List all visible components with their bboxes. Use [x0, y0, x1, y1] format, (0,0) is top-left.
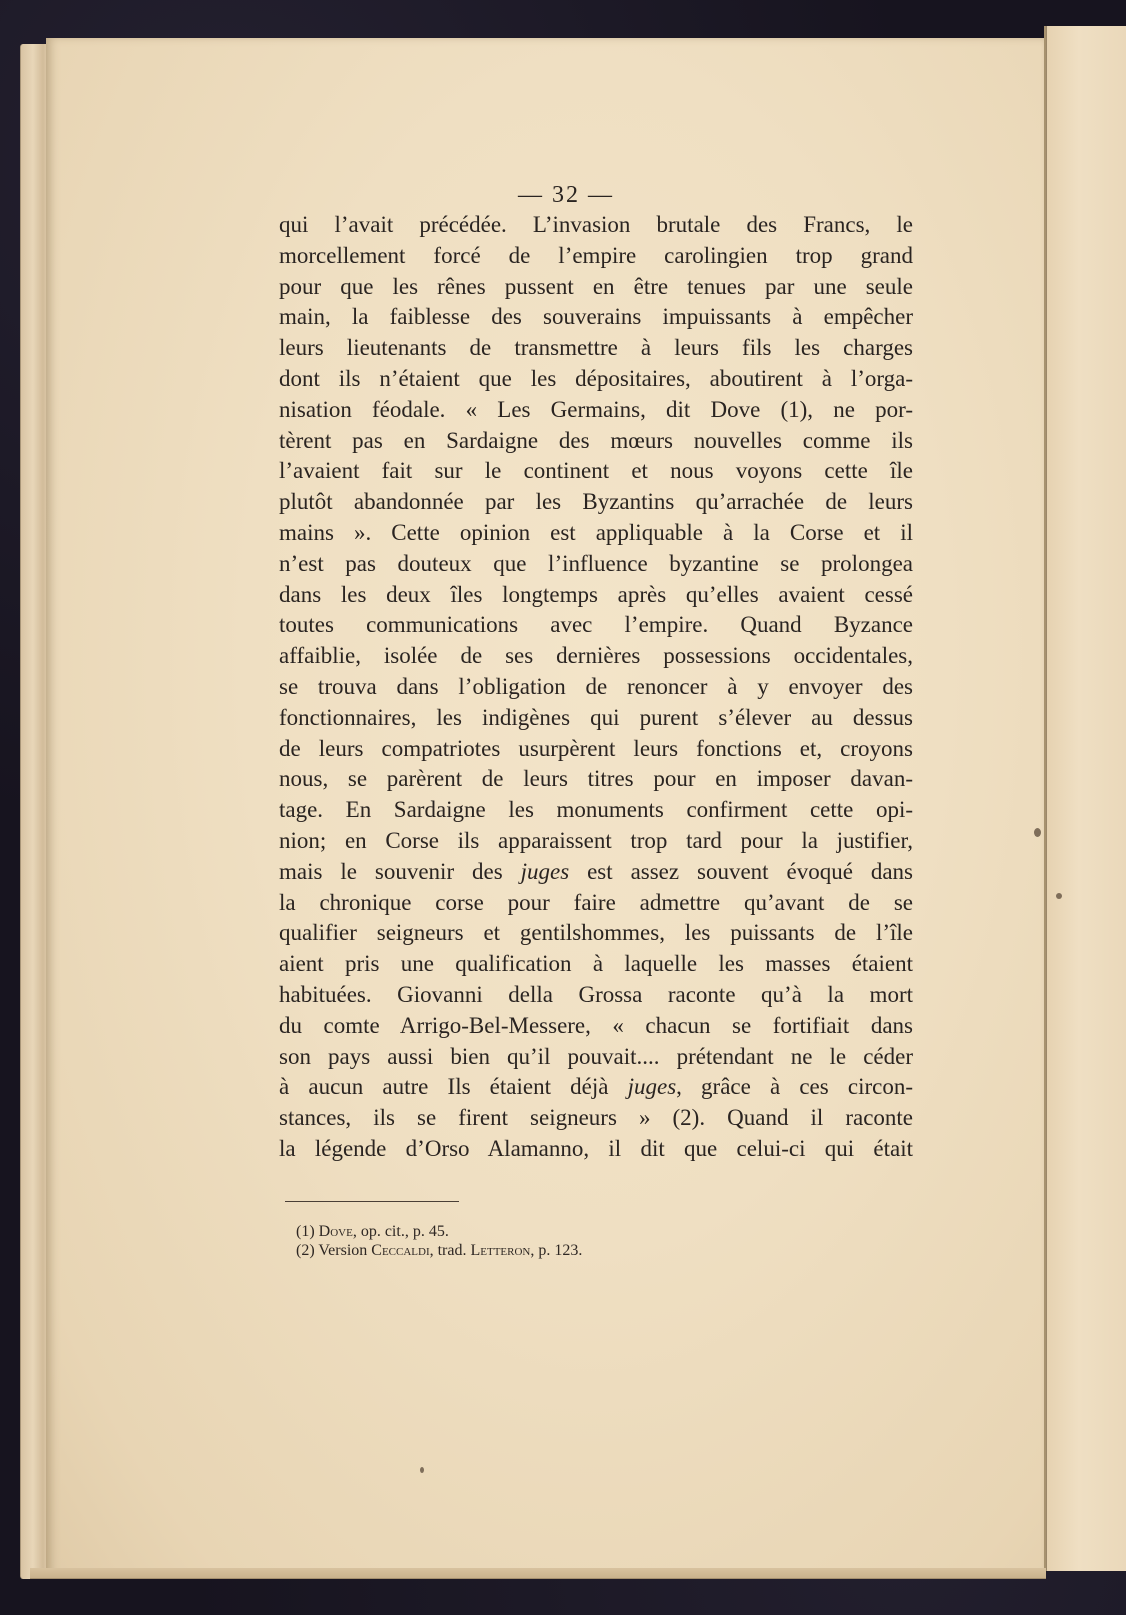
text-line: mains ». Cette opinion est appliquable à…	[279, 518, 913, 549]
text-line: la chronique corse pour faire admettre q…	[279, 888, 913, 919]
page-number: — 32 —	[219, 180, 913, 210]
footnote-text: Version	[318, 1242, 371, 1259]
footnote-1: (1) Dove, op. cit., p. 45.	[296, 1222, 582, 1241]
footnote-text: , p. 123.	[530, 1242, 582, 1259]
text-line: habituées. Giovanni della Grossa raconte…	[279, 980, 913, 1011]
text-line: toutes communications avec l’empire. Qua…	[279, 610, 913, 641]
text-line: main, la faiblesse des souverains impuis…	[279, 302, 913, 333]
page-bottom-edge	[30, 1568, 1046, 1579]
text-line: plutôt abandonnée par les Byzantins qu’a…	[279, 487, 913, 518]
italic-term: juges	[521, 859, 570, 884]
footnote-divider	[285, 1201, 459, 1202]
paper-blemish	[420, 1467, 424, 1473]
text-line: la légende d’Orso Alamanno, il dit que c…	[279, 1134, 913, 1165]
footnote-text: , trad.	[430, 1242, 471, 1259]
text-line: leurs lieutenants de transmettre à leurs…	[279, 333, 913, 364]
text-line: n’est pas douteux que l’influence byzant…	[279, 549, 913, 580]
footnote-marker: (2)	[296, 1242, 315, 1259]
text-line: morcellement forcé de l’empire carolingi…	[279, 241, 913, 272]
text-line: nion; en Corse ils apparaissent trop tar…	[279, 826, 913, 857]
text-line: qui l’avait précédée. L’invasion brutale…	[279, 210, 913, 241]
text-segment: , grâce à ces circon-	[676, 1074, 913, 1099]
text-line: dont ils n’étaient que les dépositaires,…	[279, 364, 913, 395]
text-line: dans les deux îles longtemps après qu’el…	[279, 580, 913, 611]
text-line: l’avaient fait sur le continent et nous …	[279, 456, 913, 487]
text-segment: est assez souvent évoqué dans	[569, 859, 913, 884]
paper-blemish	[1056, 893, 1062, 899]
italic-term: juges	[628, 1074, 677, 1099]
text-line: pour que les rênes pussent en être tenue…	[279, 272, 913, 303]
text-segment: à aucun autre Ils étaient déjà	[279, 1074, 628, 1099]
text-segment: mais le souvenir des	[279, 859, 521, 884]
footnote-2: (2) Version Ceccaldi, trad. Letteron, p.…	[296, 1241, 582, 1260]
text-line: qualifier seigneurs et gentilshommes, le…	[279, 918, 913, 949]
text-line: son pays aussi bien qu’il pouvait.... pr…	[279, 1042, 913, 1073]
paper-blemish	[1034, 828, 1041, 837]
footnote-marker: (1)	[296, 1223, 315, 1240]
text-line: stances, ils se firent seigneurs » (2). …	[279, 1103, 913, 1134]
text-line: nous, se parèrent de leurs titres pour e…	[279, 764, 913, 795]
gutter-fold	[1044, 26, 1046, 1576]
body-paragraph: qui l’avait précédée. L’invasion brutale…	[279, 210, 913, 1165]
text-line: fonctionnaires, les indigènes qui purent…	[279, 703, 913, 734]
text-line: du comte Arrigo-Bel-Messere, « chacun se…	[279, 1011, 913, 1042]
text-line: tèrent pas en Sardaigne des mœurs nouvel…	[279, 426, 913, 457]
text-line: se trouva dans l’obligation de renoncer …	[279, 672, 913, 703]
text-line: à aucun autre Ils étaient déjà juges, gr…	[279, 1072, 913, 1103]
text-line: nisation féodale. « Les Germains, dit Do…	[279, 395, 913, 426]
text-line: affaiblie, isolée de ses dernières posse…	[279, 641, 913, 672]
facing-page	[1046, 26, 1126, 1571]
page-text-block: — 32 — qui l’avait précédée. L’invasion …	[279, 180, 913, 1165]
footnote-author: Dove	[319, 1223, 353, 1240]
footnotes: (1) Dove, op. cit., p. 45. (2) Version C…	[296, 1222, 582, 1260]
footnote-author: Ceccaldi	[371, 1242, 429, 1259]
text-line: de leurs compatriotes usurpèrent leurs f…	[279, 734, 913, 765]
text-line: mais le souvenir des juges est assez sou…	[279, 857, 913, 888]
text-line: aient pris une qualification à laquelle …	[279, 949, 913, 980]
text-line: tage. En Sardaigne les monuments confirm…	[279, 795, 913, 826]
footnote-author: Letteron	[470, 1242, 530, 1259]
footnote-text: , op. cit., p. 45.	[353, 1223, 449, 1240]
